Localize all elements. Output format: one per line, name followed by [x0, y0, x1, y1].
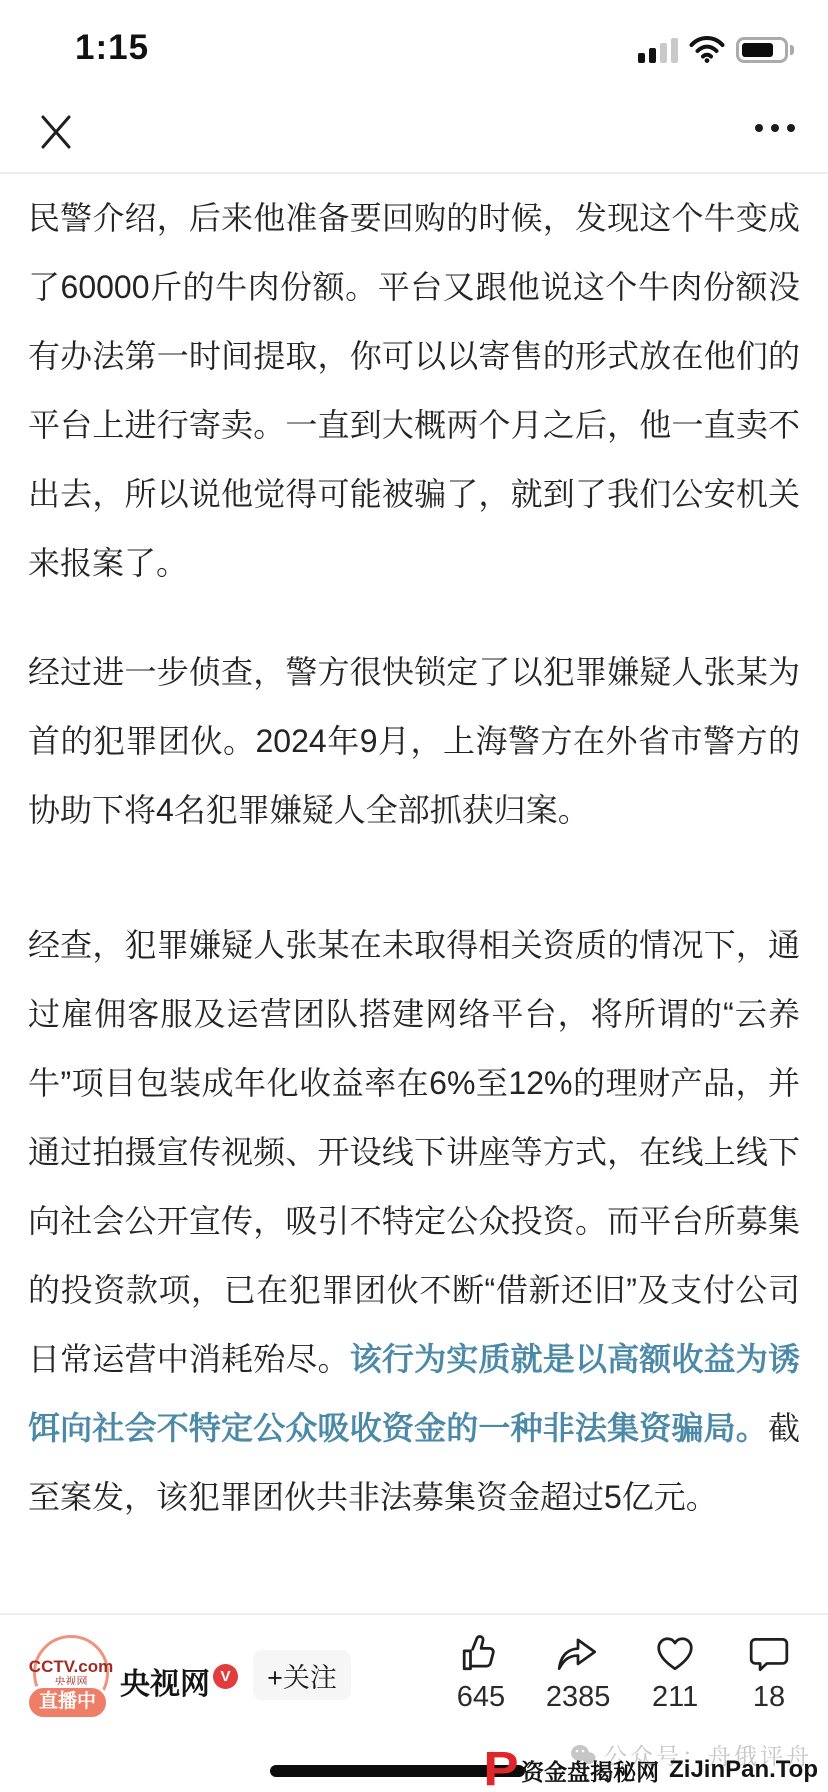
- heart-icon: [654, 1633, 696, 1675]
- site-watermark: P 资金盘揭秘网 ZiJinPan.Top: [485, 1750, 818, 1790]
- paragraph-3: 经查，犯罪嫌疑人张某在未取得相关资质的情况下，通过雇佣客服及运营团队搭建网络平台…: [28, 911, 800, 1532]
- live-badge: 直播中: [26, 1685, 109, 1720]
- heart-count: 211: [652, 1681, 698, 1714]
- nav-divider: [0, 172, 828, 174]
- comment-count: 18: [753, 1681, 785, 1714]
- more-options-icon[interactable]: [755, 124, 795, 132]
- wifi-icon: [689, 36, 725, 63]
- status-icons: [638, 36, 794, 63]
- comment-bubble-icon: [747, 1633, 791, 1675]
- like-button[interactable]: 645: [452, 1633, 510, 1714]
- battery-icon: [736, 37, 794, 63]
- share-button[interactable]: 2385: [546, 1633, 611, 1714]
- thumbs-up-icon: [460, 1633, 502, 1675]
- comment-button[interactable]: 18: [740, 1633, 798, 1714]
- article-body: 民警介绍，后来他准备要回购的时候，发现这个牛变成了60000斤的牛肉份额。平台又…: [28, 184, 800, 1532]
- action-bar: 645 2385 211: [452, 1633, 798, 1714]
- paragraph-3-text: 经查，犯罪嫌疑人张某在未取得相关资质的情况下，通过雇佣客服及运营团队搭建网络平台…: [28, 927, 800, 1377]
- watermark-site-name: 资金盘揭秘网: [521, 1754, 659, 1787]
- follow-button[interactable]: +关注: [253, 1650, 351, 1700]
- verified-badge-icon: V: [213, 1664, 238, 1689]
- paragraph-2: 经过进一步侦查，警方很快锁定了以犯罪嫌疑人张某为首的犯罪团伙。2024年9月，上…: [28, 638, 800, 845]
- share-count: 2385: [546, 1681, 611, 1714]
- like-count: 645: [457, 1681, 505, 1714]
- cctv-logo: CCTV.com: [29, 1658, 113, 1676]
- phone-screen: 1:15 民警介绍，后来他准备要回购的时候，发现这个牛变成了60000斤的牛肉份…: [0, 0, 828, 1792]
- share-arrow-icon: [555, 1633, 601, 1675]
- close-icon[interactable]: [38, 113, 74, 151]
- status-time: 1:15: [75, 28, 149, 68]
- watermark-logo-icon: P: [483, 1750, 518, 1790]
- heart-button[interactable]: 211: [646, 1633, 704, 1714]
- watermark-site-domain: ZiJinPan.Top: [669, 1756, 818, 1784]
- publisher-name[interactable]: 央视网: [120, 1659, 210, 1703]
- cellular-signal-icon: [638, 37, 678, 63]
- paragraph-1: 民警介绍，后来他准备要回购的时候，发现这个牛变成了60000斤的牛肉份额。平台又…: [28, 184, 800, 598]
